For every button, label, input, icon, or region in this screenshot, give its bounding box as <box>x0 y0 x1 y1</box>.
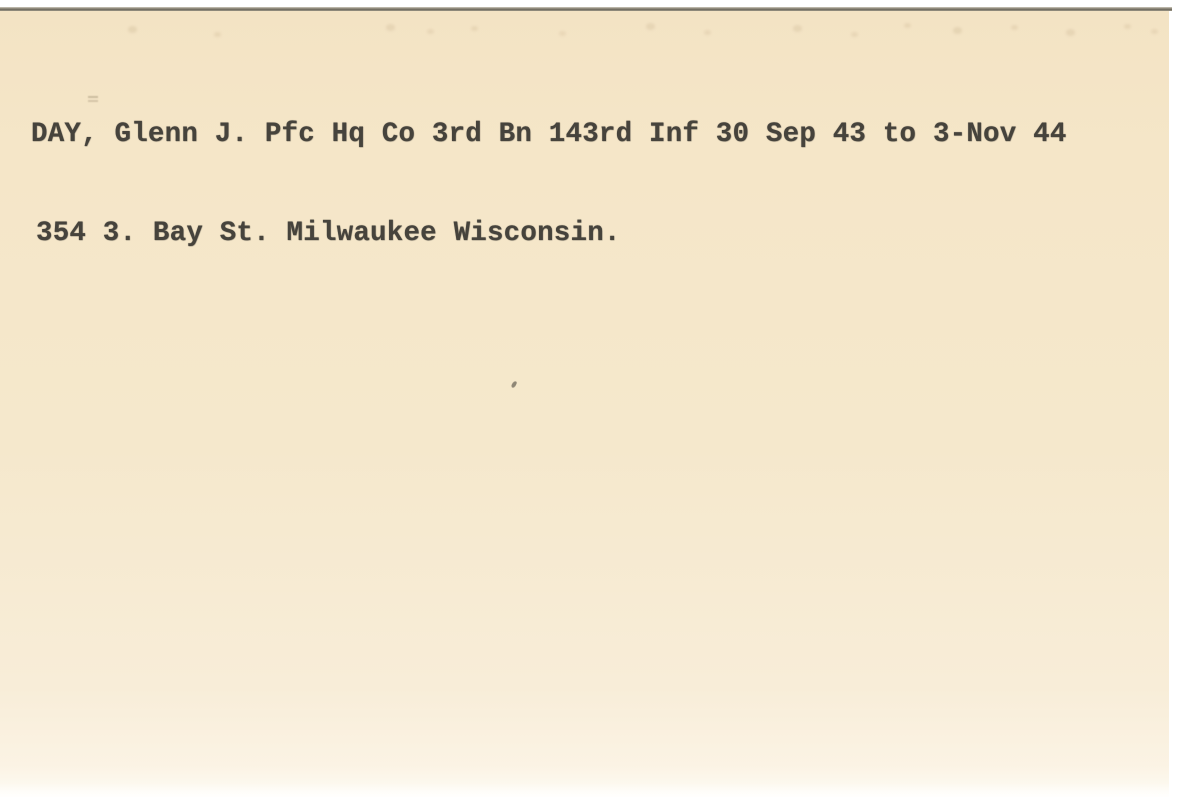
typed-text-block: DAY, Glenn J. Pfc Hq Co 3rd Bn 143rd Inf… <box>31 52 1067 316</box>
card-top-edge <box>0 7 1172 11</box>
typed-line-2: 354 3. Bay St. Milwaukee Wisconsin. <box>31 217 1067 250</box>
bleed-through-smudges <box>0 11 5 14</box>
ink-speck <box>511 380 518 388</box>
scan-background: DAY, Glenn J. Pfc Hq Co 3rd Bn 143rd Inf… <box>0 0 1180 808</box>
index-card: DAY, Glenn J. Pfc Hq Co 3rd Bn 143rd Inf… <box>0 11 1169 797</box>
faint-overstrike-mark <box>88 96 98 103</box>
typed-line-1: DAY, Glenn J. Pfc Hq Co 3rd Bn 143rd Inf… <box>31 118 1067 151</box>
